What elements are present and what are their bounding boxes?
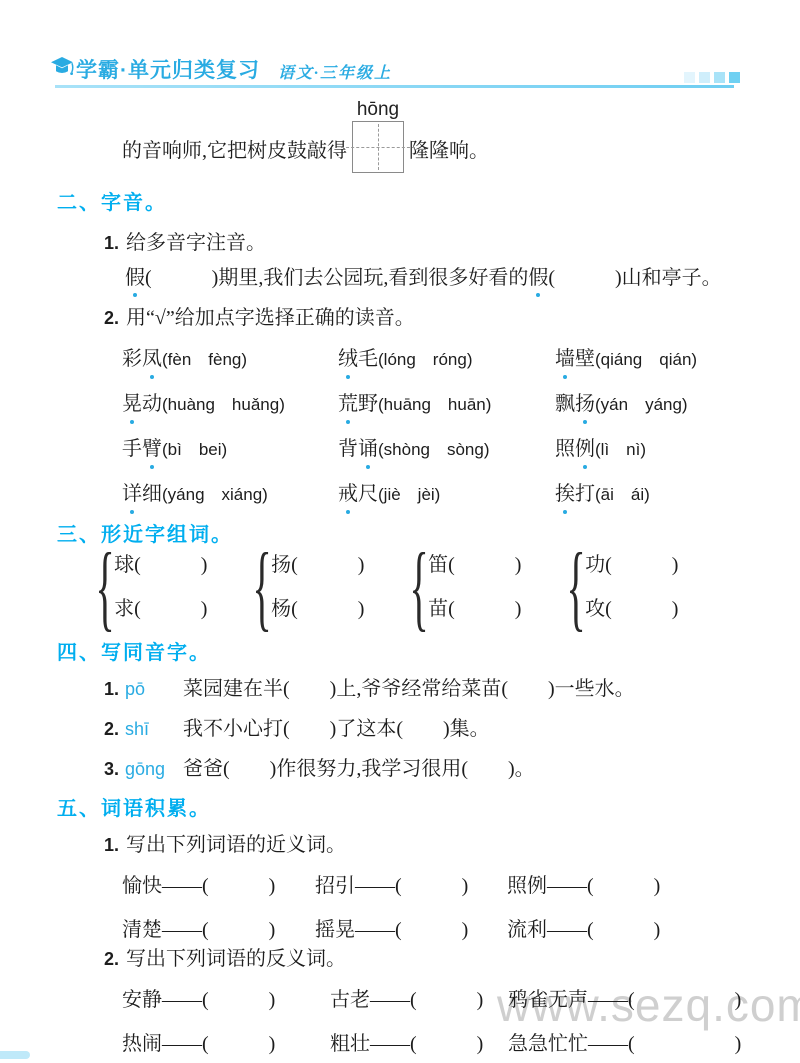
item-text: 用“√”给加点字选择正确的读音。: [126, 305, 415, 332]
similar-char-row: 功( ): [585, 551, 678, 580]
synonym-item: 招引——( ): [315, 872, 507, 900]
pinyin-options: (lóng róng): [378, 350, 473, 369]
brand-title: 学霸·单元归类复习: [76, 54, 260, 84]
pinyin-options: (lì nì): [595, 440, 646, 459]
section-2-item-1-label: 1. 给多音字注音。: [104, 230, 266, 257]
antonym-item: 古老——( ): [330, 986, 508, 1014]
subject-title: 语文·三年级上: [278, 60, 392, 84]
dotted-char: 详: [122, 479, 142, 509]
section-2-item-2-label: 2. 用“√”给加点字选择正确的读音。: [104, 305, 415, 332]
header-square: [714, 72, 725, 83]
header-square: [684, 72, 695, 83]
pinyin-key: shī: [125, 716, 183, 743]
similar-char-row: 笛( ): [428, 551, 521, 580]
item-number: 2.: [104, 946, 119, 973]
pinyin-options: (huàng huǎng): [162, 395, 285, 414]
word-char: 壁: [575, 348, 595, 370]
pinyin-options: (āi ái): [595, 485, 650, 504]
hanzi-writing-box: [352, 121, 404, 173]
pinyin-key: pō: [125, 676, 183, 703]
dotted-char: 墙: [555, 344, 575, 374]
box-pinyin: hōng: [342, 96, 414, 124]
header-squares: [684, 72, 740, 83]
pinyin-choice-item: 墙壁(qiáng qián): [555, 344, 697, 375]
similar-char-groups: {球( )求( ){扬( )杨( ){笛( )苗( ){功( )攻( ): [100, 549, 728, 625]
synonym-item: 流利——( ): [507, 916, 660, 944]
word-char: 动: [142, 393, 162, 415]
brace-glyph: {: [95, 549, 114, 625]
similar-char-group: {球( )求( ): [100, 549, 257, 625]
pinyin-choice-item: 详细(yáng xiáng): [122, 479, 338, 510]
word-char: 打: [575, 483, 595, 505]
pinyin-grid: 彩凤(fèn fèng)绒毛(lóng róng)墙壁(qiáng qián)晃…: [122, 344, 697, 510]
header-rule: [55, 85, 734, 88]
item-text: 写出下列词语的反义词。: [126, 946, 346, 973]
pinyin-options: (shòng sòng): [378, 440, 490, 459]
word-char: 毛: [358, 348, 378, 370]
word-char: 照: [555, 438, 575, 460]
pinyin-choice-item: 绒毛(lóng róng): [338, 344, 555, 375]
synonym-item: 照例——( ): [507, 872, 660, 900]
synonym-grid: 愉快——( )招引——( )照例——( )清楚——( )摇晃——( )流利——(…: [122, 872, 660, 944]
section-5-title: 五、词语积累。: [57, 796, 211, 822]
similar-char-group: {扬( )杨( ): [257, 549, 414, 625]
hanzi-box-wrap: hōng: [352, 121, 404, 181]
similar-char-row: 攻( ): [585, 595, 678, 624]
brace-glyph: {: [252, 549, 271, 625]
section-2-title: 二、字音。: [57, 190, 167, 216]
header-square: [699, 72, 710, 83]
similar-char-group: {功( )攻( ): [571, 549, 728, 625]
antonym-item: 急急忙忙——( ): [508, 1030, 741, 1058]
synonym-item: 愉快——( ): [122, 872, 315, 900]
dotted-char: 凤: [142, 344, 162, 374]
homophone-sentence: 我不小心打( )了这本( )集。: [183, 716, 490, 743]
dotted-char: 臂: [142, 434, 162, 464]
homophone-item: 3.gōng爸爸( )作很努力,我学习很用( )。: [104, 756, 635, 783]
dotted-char: 扬: [575, 389, 595, 419]
pinyin-options: (huāng huān): [378, 395, 491, 414]
antonym-label: 2. 写出下列词语的反义词。: [104, 946, 346, 973]
section-3-title: 三、形近字组词。: [57, 522, 233, 548]
item-number: 1.: [104, 230, 119, 257]
pinyin-choice-item: 飘扬(yán yáng): [555, 389, 697, 420]
homophone-item: 1.pō菜园建在半( )上,爷爷经常给菜苗( )一些水。: [104, 676, 635, 703]
pinyin-options: (bì bei): [162, 440, 227, 459]
pinyin-choice-item: 照例(lì nì): [555, 434, 697, 465]
pinyin-choice-item: 挨打(āi ái): [555, 479, 697, 510]
pinyin-options: (qiáng qián): [595, 350, 697, 369]
synonym-label: 1. 写出下列词语的近义词。: [104, 832, 346, 859]
graduation-cap-icon: [50, 56, 74, 88]
pinyin-choice-item: 背诵(shòng sòng): [338, 434, 555, 465]
homophone-items: 1.pō菜园建在半( )上,爷爷经常给菜苗( )一些水。2.shī我不小心打( …: [104, 676, 635, 783]
synonym-item: 摇晃——( ): [315, 916, 507, 944]
worksheet-page: www.sezq.com 学霸·单元归类复习 语文·三年级上 的音响师,它把树皮…: [0, 0, 800, 1063]
similar-char-row: 求( ): [114, 595, 207, 624]
brace-glyph: {: [566, 549, 585, 625]
word-char: 手: [122, 438, 142, 460]
pinyin-options: (yáng xiáng): [162, 485, 268, 504]
item-number: 2.: [104, 305, 119, 332]
antonym-item: 粗壮——( ): [330, 1030, 508, 1058]
antonym-item: 安静——( ): [122, 986, 330, 1014]
item-number: 2.: [104, 716, 125, 743]
antonym-item: 鸦雀无声——( ): [508, 986, 741, 1014]
similar-char-group: {笛( )苗( ): [414, 549, 571, 625]
similar-char-row: 苗( ): [428, 595, 521, 624]
sentence-text: ( )山和亭子。: [548, 267, 721, 289]
pinyin-choice-item: 彩凤(fèn fèng): [122, 344, 338, 375]
word-char: 细: [142, 483, 162, 505]
pinyin-choice-item: 手臂(bì bei): [122, 434, 338, 465]
word-char: 彩: [122, 348, 142, 370]
word-char: 背: [338, 438, 358, 460]
header-square: [729, 72, 740, 83]
dotted-char: 绒: [338, 344, 358, 374]
item-text: 写出下列词语的近义词。: [126, 832, 346, 859]
homophone-item: 2.shī我不小心打( )了这本( )集。: [104, 716, 635, 743]
similar-char-row: 扬( ): [271, 551, 364, 580]
homophone-sentence: 菜园建在半( )上,爷爷经常给菜苗( )一些水。: [183, 676, 635, 703]
pinyin-choice-item: 荒野(huāng huān): [338, 389, 555, 420]
similar-char-row: 球( ): [114, 551, 207, 580]
item-number: 3.: [104, 756, 125, 783]
dotted-char: 诵: [358, 434, 378, 464]
dotted-char: 戒: [338, 479, 358, 509]
dotted-char: 荒: [338, 389, 358, 419]
pinyin-options: (jiè jèi): [378, 485, 440, 504]
dotted-char: 例: [575, 434, 595, 464]
section-4-title: 四、写同音字。: [57, 640, 211, 666]
pinyin-choice-item: 戒尺(jiè jèi): [338, 479, 555, 510]
antonym-item: 热闹——( ): [122, 1030, 330, 1058]
similar-char-row: 杨( ): [271, 595, 364, 624]
homophone-sentence: 爸爸( )作很努力,我学习很用( )。: [183, 756, 535, 783]
polyphone-sentence: 假( )期里,我们去公园玩,看到很多好看的假( )山和亭子。: [125, 264, 722, 292]
item-text: 给多音字注音。: [126, 230, 266, 257]
intro-text-before: 的音响师,它把树皮鼓敲得: [122, 137, 347, 165]
dotted-char: 晃: [122, 389, 142, 419]
word-char: 尺: [358, 483, 378, 505]
antonym-grid: 安静——( )古老——( )鸦雀无声——( )热闹——( )粗壮——( )急急忙…: [122, 986, 741, 1058]
pinyin-choice-item: 晃动(huàng huǎng): [122, 389, 338, 420]
item-number: 1.: [104, 832, 119, 859]
synonym-item: 清楚——( ): [122, 916, 315, 944]
corner-accent-bar: [0, 1051, 30, 1059]
pinyin-key: gōng: [125, 756, 183, 783]
word-char: 飘: [555, 393, 575, 415]
page-header: 学霸·单元归类复习 语文·三年级上: [0, 0, 800, 95]
word-char: 野: [358, 393, 378, 415]
pinyin-options: (fèn fèng): [162, 350, 247, 369]
dotted-char: 挨: [555, 479, 575, 509]
intro-text-after: 隆隆响。: [409, 137, 489, 165]
dotted-char: 假: [528, 264, 548, 292]
pinyin-options: (yán yáng): [595, 395, 688, 414]
intro-line: 的音响师,它把树皮鼓敲得 hōng 隆隆响。: [122, 121, 489, 181]
dotted-char: 假: [125, 264, 145, 292]
item-number: 1.: [104, 676, 125, 703]
sentence-text: ( )期里,我们去公园玩,看到很多好看的: [145, 267, 528, 289]
brace-glyph: {: [409, 549, 428, 625]
